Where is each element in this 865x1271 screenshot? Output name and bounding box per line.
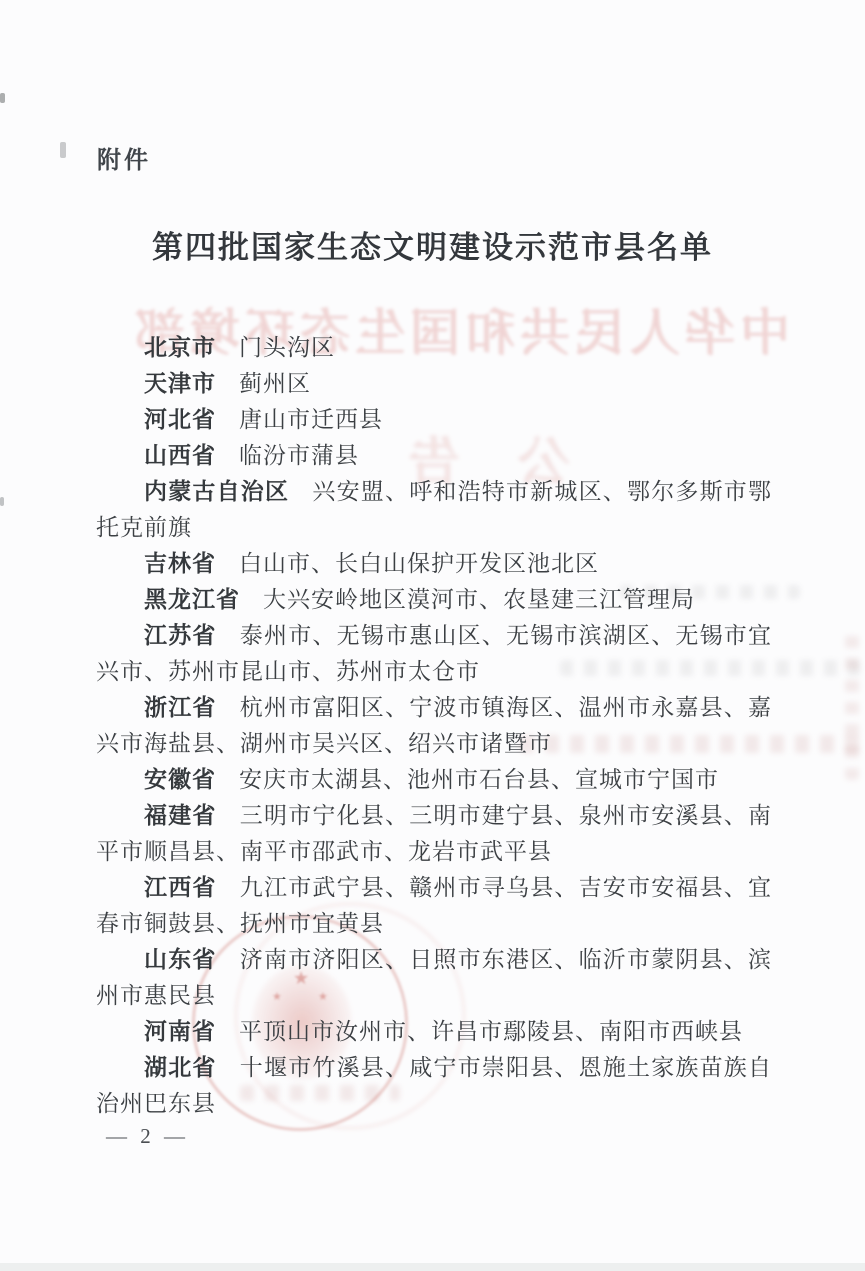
scan-artifact — [0, 497, 4, 506]
region-names: 白山市、长白山保护开发区池北区 — [239, 551, 599, 576]
province-name: 山东省 — [144, 947, 217, 972]
province-entry: 江西省九江市武宁县、赣州市寻乌县、吉安市安福县、宜春市铜鼓县、抚州市宜黄县 — [96, 870, 772, 942]
province-entry: 黑龙江省大兴安岭地区漠河市、农垦建三江管理局 — [96, 582, 772, 618]
province-name: 安徽省 — [144, 767, 216, 792]
page-title: 第四批国家生态文明建设示范市县名单 — [0, 222, 865, 267]
province-name: 河南省 — [144, 1019, 216, 1044]
province-name: 天津市 — [144, 371, 216, 396]
province-name: 福建省 — [144, 803, 217, 828]
province-entry: 吉林省白山市、长白山保护开发区池北区 — [96, 546, 772, 582]
scanned-document-page: 中华人民共和国生态环境部 公告 ★ ★ ★ 附件 第四批国家生态文明建设示范市县… — [0, 0, 865, 1271]
province-name: 浙江省 — [144, 695, 217, 720]
region-names: 唐山市迁西县 — [239, 407, 383, 432]
province-name: 江苏省 — [144, 623, 217, 648]
province-name: 河北省 — [144, 407, 216, 432]
province-name: 湖北省 — [144, 1055, 217, 1080]
bleedthrough-smudge — [845, 630, 859, 780]
province-name: 山西省 — [144, 443, 216, 468]
region-names: 安庆市太湖县、池州市石台县、宣城市宁国市 — [239, 767, 719, 792]
province-name: 吉林省 — [144, 551, 216, 576]
province-entry: 内蒙古自治区兴安盟、呼和浩特市新城区、鄂尔多斯市鄂托克前旗 — [96, 474, 772, 546]
province-name: 黑龙江省 — [144, 587, 240, 612]
page-number: — 2 — — [106, 1124, 189, 1149]
province-list: 北京市门头沟区 天津市蓟州区 河北省唐山市迁西县 山西省临汾市蒲县 内蒙古自治区… — [96, 330, 772, 1122]
region-names: 蓟州区 — [239, 371, 311, 396]
province-entry: 山东省济南市济阳区、日照市东港区、临沂市蒙阴县、滨州市惠民县 — [96, 942, 772, 1014]
province-name: 北京市 — [144, 335, 216, 360]
region-names: 平顶山市汝州市、许昌市鄢陵县、南阳市西峡县 — [239, 1019, 743, 1044]
province-entry: 安徽省安庆市太湖县、池州市石台县、宣城市宁国市 — [96, 762, 772, 798]
province-name: 江西省 — [144, 875, 217, 900]
province-entry: 湖北省十堰市竹溪县、咸宁市崇阳县、恩施土家族苗族自治州巴东县 — [96, 1050, 772, 1122]
province-entry: 江苏省泰州市、无锡市惠山区、无锡市滨湖区、无锡市宜兴市、苏州市昆山市、苏州市太仓… — [96, 618, 772, 690]
scan-artifact — [60, 142, 66, 158]
province-entry: 天津市蓟州区 — [96, 366, 772, 402]
province-entry: 山西省临汾市蒲县 — [96, 438, 772, 474]
attachment-label: 附件 — [97, 140, 151, 175]
province-entry: 浙江省杭州市富阳区、宁波市镇海区、温州市永嘉县、嘉兴市海盐县、湖州市吴兴区、绍兴… — [96, 690, 772, 762]
region-names: 临汾市蒲县 — [239, 443, 359, 468]
province-entry: 北京市门头沟区 — [96, 330, 772, 366]
region-names: 大兴安岭地区漠河市、农垦建三江管理局 — [263, 587, 695, 612]
province-entry: 河北省唐山市迁西县 — [96, 402, 772, 438]
scan-artifact — [0, 93, 5, 103]
province-name: 内蒙古自治区 — [144, 479, 289, 504]
scan-edge-shadow — [0, 1263, 865, 1271]
province-entry: 福建省三明市宁化县、三明市建宁县、泉州市安溪县、南平市顺昌县、南平市邵武市、龙岩… — [96, 798, 772, 870]
region-names: 门头沟区 — [239, 335, 335, 360]
province-entry: 河南省平顶山市汝州市、许昌市鄢陵县、南阳市西峡县 — [96, 1014, 772, 1050]
